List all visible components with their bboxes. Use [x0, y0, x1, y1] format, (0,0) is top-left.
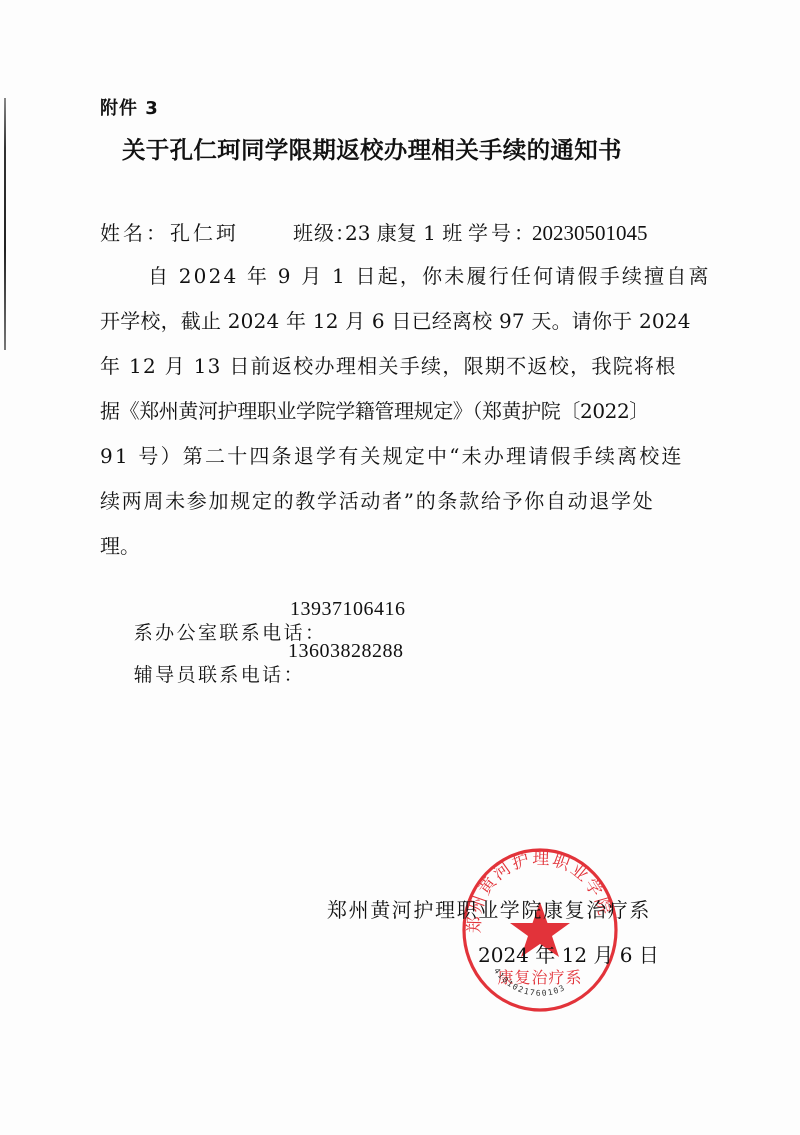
body-line-5: 91 号）第二十四条退学有关规定中“未办理请假手续离校连 — [100, 444, 652, 468]
body-line-3: 年 12 月 13 日前返校办理相关手续，限期不返校，我院将根 — [100, 354, 652, 378]
body-text: 91 号）第二十四条退学有关规定中“未办理请假手续离校连 — [100, 444, 684, 468]
student-id-label: 学号： — [468, 221, 537, 245]
office-phone-value: 13937106416 — [290, 597, 406, 621]
counselor-phone-label: 辅导员联系电话： — [134, 664, 305, 686]
name-value: 孔仁珂 — [170, 221, 239, 245]
official-seal-stamp: 郑州黄河护理职业学院 康复治疗系 4101021760103 — [460, 846, 620, 1014]
body-line-7: 理。 — [100, 534, 652, 558]
body-text: 年 12 月 13 日前返校办理相关手续，限期不返校，我院将根 — [100, 354, 677, 378]
body-line-6: 续两周未参加规定的教学活动者”的条款给予你自动退学处 — [100, 489, 652, 513]
counselor-phone-value: 13603828288 — [288, 639, 404, 663]
signature-date: 2024 年 12 月 6 日 — [478, 943, 659, 967]
signature-organization: 郑州黄河护理职业学院康复治疗系 — [327, 898, 651, 922]
body-text: 续两周未参加规定的教学活动者”的条款给予你自动退学处 — [100, 489, 654, 513]
name-label: 姓名： — [100, 221, 169, 245]
page-title: 关于孔仁珂同学限期返校办理相关手续的通知书 — [122, 131, 622, 165]
body-text: 开学校，截止 2024 年 12 月 6 日已经离校 97 天。请你于 2024 — [100, 309, 691, 333]
class-value: 23 康复 1 班 — [345, 221, 462, 245]
document-page: 附件 3 关于孔仁珂同学限期返校办理相关手续的通知书 姓名： 孔仁珂 班级： 2… — [0, 0, 800, 1135]
student-id-value: 20230501045 — [532, 221, 648, 245]
body-text: 理。 — [100, 534, 140, 558]
body-text: 自 2024 年 9 月 1 日起，你未履行任何请假手续擅自离 — [148, 264, 711, 288]
body-line-2: 开学校，截止 2024 年 12 月 6 日已经离校 97 天。请你于 2024 — [100, 309, 652, 333]
binding-edge-line — [4, 98, 6, 350]
body-line-4: 据《郑州黄河护理职业学院学籍管理规定》（郑黄护院〔2022〕 — [100, 399, 652, 423]
body-text: 据《郑州黄河护理职业学院学籍管理规定》（郑黄护院〔2022〕 — [100, 399, 649, 423]
body-line-1: 自 2024 年 9 月 1 日起，你未履行任何请假手续擅自离 — [148, 264, 648, 288]
counselor-phone-line: 辅导员联系电话： 13603828288 — [100, 639, 305, 735]
attachment-label: 附件 3 — [100, 94, 159, 120]
